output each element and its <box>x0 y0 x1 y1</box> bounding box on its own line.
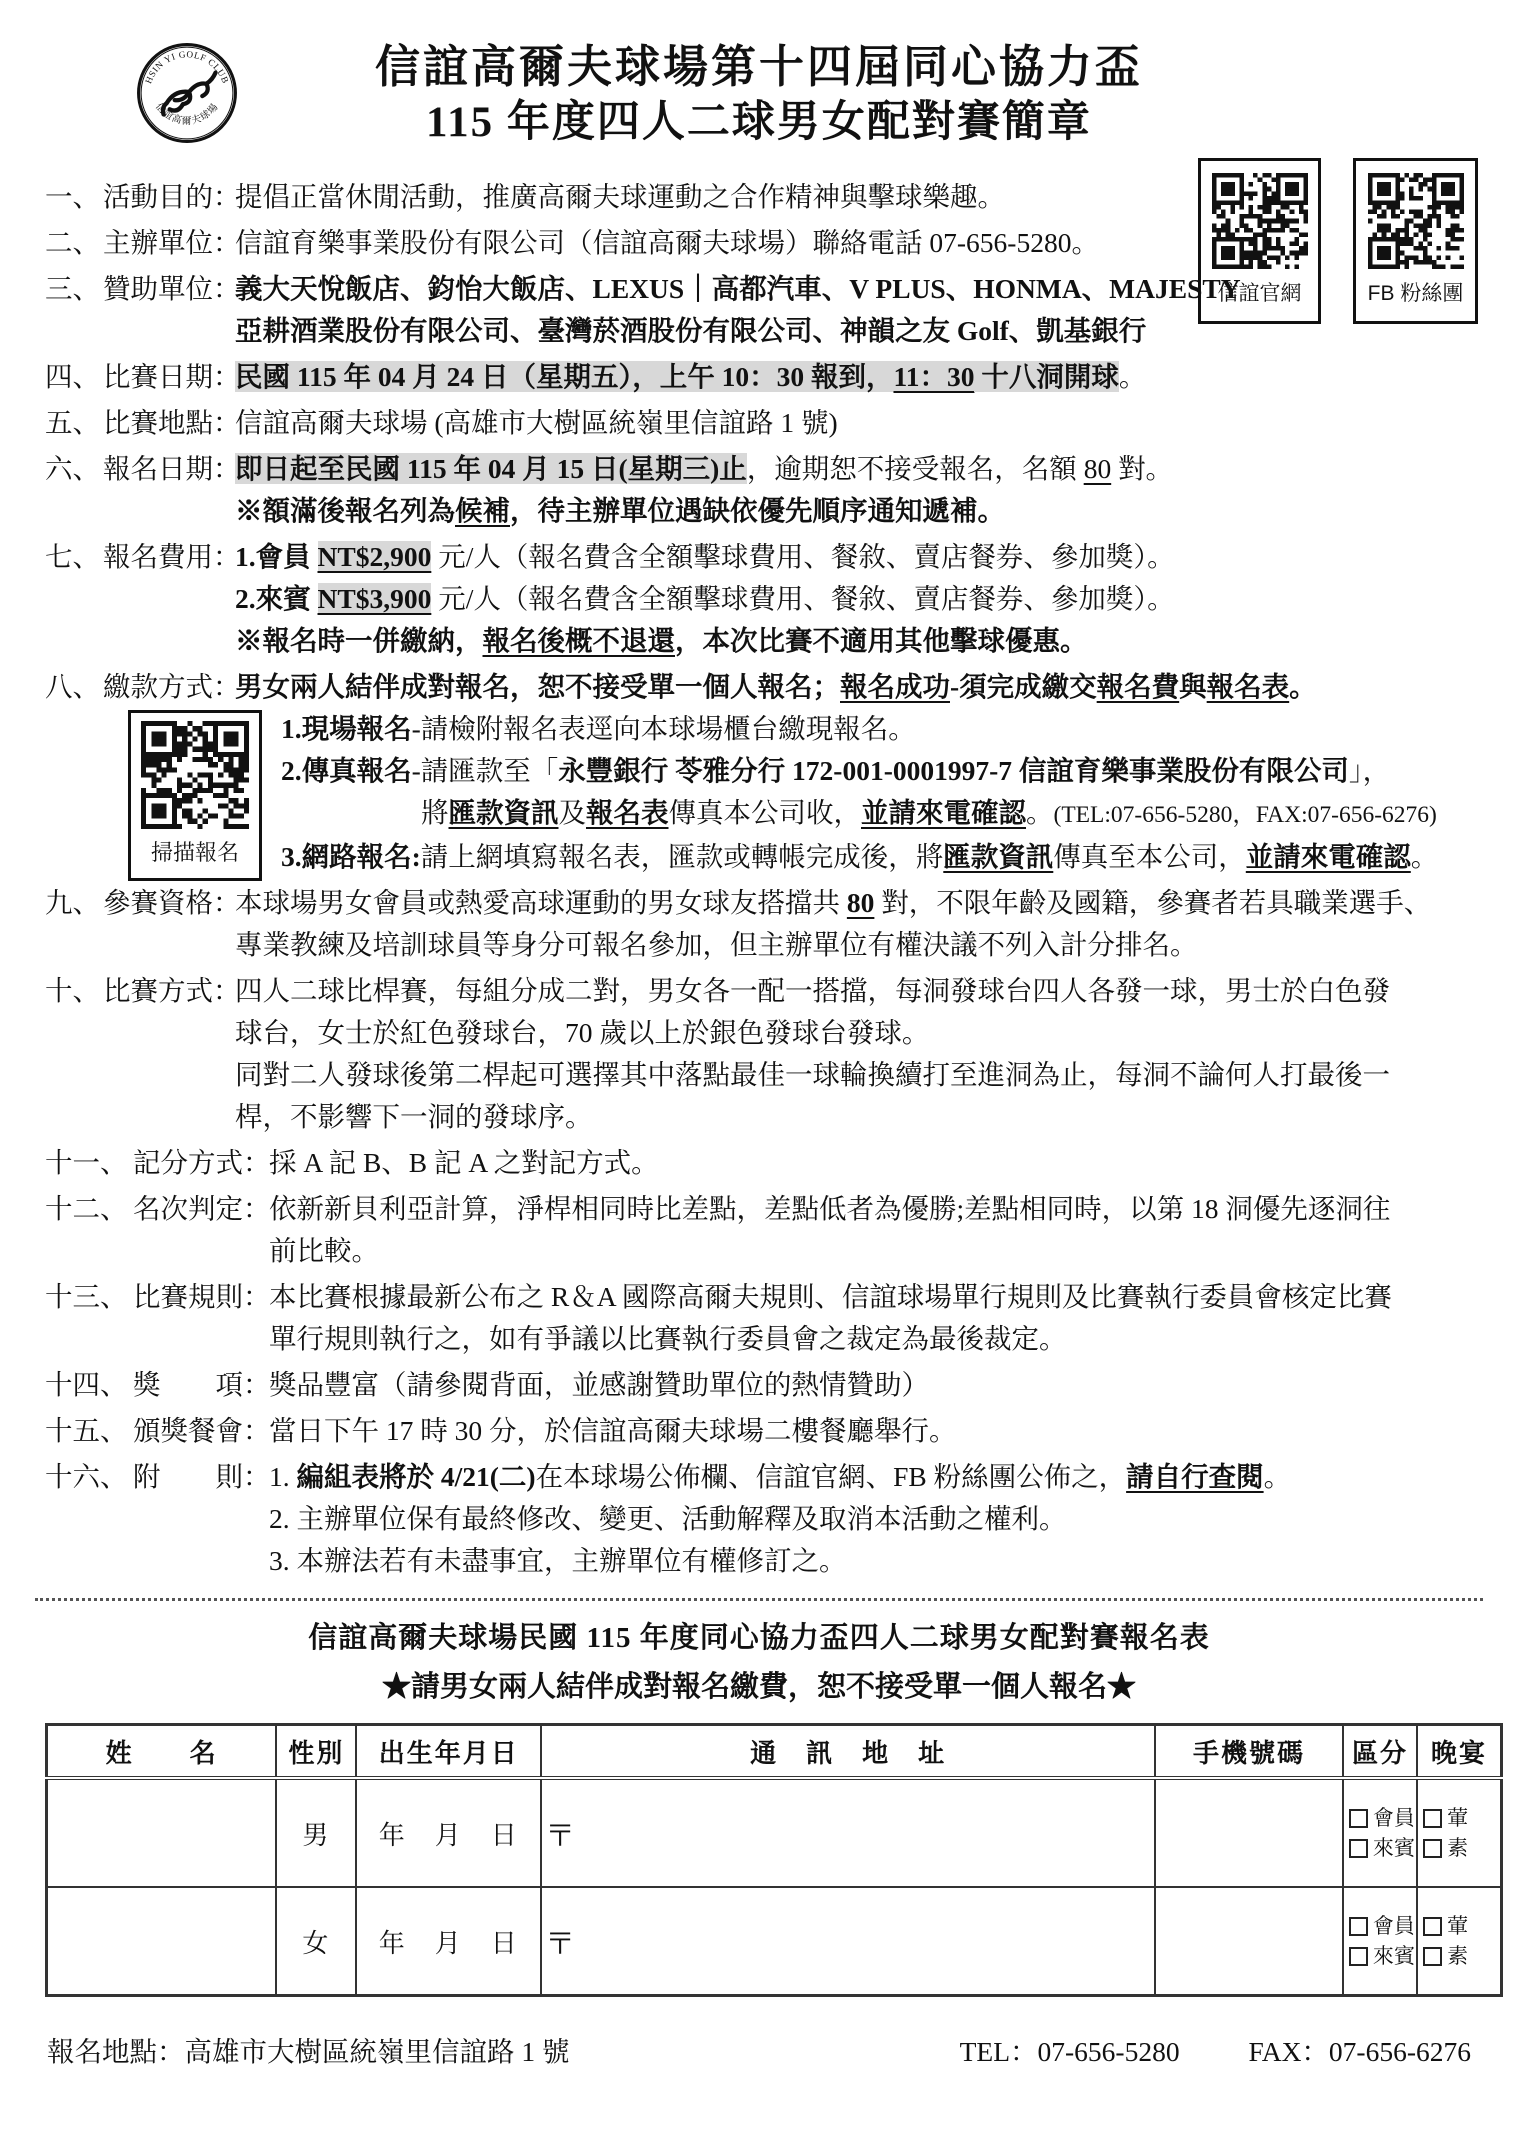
table-row: 男年 月 日〒會員來賓葷素 <box>47 1778 1502 1887</box>
text-run: 四人二球比桿賽，每組分成二對，男女各一配一搭擋，每洞發球台四人各發一球，男士於白… <box>235 975 1390 1006</box>
text-run: 1.現場報名 <box>281 713 412 744</box>
text-line: 義大天悅飯店、鈞怡大飯店、LEXUS｜高都汽車、V PLUS、HONMA、MAJ… <box>235 268 1473 310</box>
item-numlab: 九、參賽資格： <box>45 882 241 924</box>
text-line: 3.網路報名:請上網填寫報名表，匯款或轉帳完成後，將匯款資訊傳真至本公司，並請來… <box>281 836 1473 878</box>
text-run: 80 <box>1084 453 1112 484</box>
checkbox-label: 葷 <box>1447 1803 1468 1833</box>
item-number: 七、 <box>45 536 103 578</box>
list-item: 三、贊助單位：義大天悅飯店、鈞怡大飯店、LEXUS｜高都汽車、V PLUS、HO… <box>45 268 1473 352</box>
text-line: 亞耕酒業股份有限公司、臺灣菸酒股份有限公司、神韻之友 Golf、凱基銀行 <box>235 310 1473 352</box>
item-label: 繳款方式： <box>103 671 241 702</box>
checkbox-option: 來賓 <box>1344 1941 1416 1971</box>
text-run: 即日起至民國 115 年 04 月 15 日(星期三)止 <box>235 453 747 484</box>
text-run: 當日下午 17 時 30 分，於信誼高爾夫球場二樓餐廳舉行。 <box>269 1415 957 1446</box>
item-label: 參賽資格： <box>103 887 241 918</box>
contact-numbers: TEL：07-656-5280 FAX：07-656-6276 <box>960 2029 1471 2069</box>
item-number: 四、 <box>45 356 103 398</box>
text-line: 採 A 記 B、B 記 A 之對記方式。 <box>269 1142 1473 1184</box>
text-run: 傳真至本公司， <box>1053 841 1246 872</box>
text-run: 報名成功 <box>840 671 950 702</box>
item-label: 報名費用： <box>103 541 241 572</box>
text-line: 當日下午 17 時 30 分，於信誼高爾夫球場二樓餐廳舉行。 <box>269 1410 1473 1452</box>
text-line: 1.會員 NT$2,900 元/人（報名費含全額擊球費用、餐敘、賣店餐券、參加獎… <box>235 536 1473 578</box>
text-run: 2. 主辦單位保有最終修改、變更、活動解釋及取消本活動之權利。 <box>269 1503 1067 1534</box>
text-run: 前比較。 <box>269 1235 379 1266</box>
text-run: ，本次比賽不適用其他擊球優惠。 <box>675 625 1088 656</box>
table-header-cell: 通 訊 地 址 <box>541 1725 1155 1779</box>
registration-location: 報名地點：高雄市大樹區統嶺里信誼路 1 號 <box>47 2029 570 2069</box>
text-run: 十八洞開球 <box>974 361 1118 392</box>
text-run: 對，不限年齡及國籍，參賽者若具職業選手、 <box>874 887 1431 918</box>
text-line: 信誼高爾夫球場 (高雄市大樹區統嶺里信誼路 1 號) <box>235 402 1473 444</box>
cell-address: 〒 <box>541 1778 1155 1887</box>
tel-number: TEL：07-656-5280 <box>960 2036 1180 2067</box>
text-line: 桿，不影響下一洞的發球序。 <box>235 1096 1473 1138</box>
cell-phone <box>1155 1887 1343 1996</box>
text-run: 同對二人發球後第二桿起可選擇其中落點最佳一球輪換續打至進洞為止，每洞不論何人打最… <box>235 1059 1390 1090</box>
item-numlab: 十、比賽方式： <box>45 970 241 1012</box>
item-number: 一、 <box>45 176 103 218</box>
items-list: 一、活動目的：提倡正當休閒活動，推廣高爾夫球運動之合作精神與擊球樂趣。二、主辦單… <box>45 176 1473 1582</box>
cell-gender: 女 <box>276 1887 356 1996</box>
text-line: 民國 115 年 04 月 24 日（星期五），上午 10：30 報到，11：3… <box>235 356 1473 398</box>
checkbox-icon <box>1423 1809 1442 1828</box>
list-item: 五、比賽地點：信誼高爾夫球場 (高雄市大樹區統嶺里信誼路 1 號) <box>45 402 1473 444</box>
text-run: 。 <box>1026 797 1054 828</box>
text-run: 傳真本公司收， <box>669 797 862 828</box>
postal-mark-icon: 〒 <box>542 1820 575 1853</box>
list-item: 十一、記分方式：採 A 記 B、B 記 A 之對記方式。 <box>45 1142 1473 1184</box>
item-label: 記分方式： <box>133 1147 271 1178</box>
table-header-cell: 姓 名 <box>47 1725 277 1779</box>
text-run: 2.來賓 <box>235 583 318 614</box>
text-line: 即日起至民國 115 年 04 月 15 日(星期三)止，逾期恕不接受報名，名額… <box>235 448 1473 490</box>
text-run: 信誼高爾夫球場 (高雄市大樹區統嶺里信誼路 1 號) <box>235 407 838 438</box>
text-run: 將 <box>421 797 449 828</box>
table-body: 男年 月 日〒會員來賓葷素女年 月 日〒會員來賓葷素 <box>47 1778 1502 1996</box>
text-run: -請檢附報名表逕向本球場櫃台繳現報名。 <box>412 713 916 744</box>
list-item: 十五、頒獎餐會：當日下午 17 時 30 分，於信誼高爾夫球場二樓餐廳舉行。 <box>45 1410 1473 1452</box>
item-number: 十三、 <box>45 1276 133 1318</box>
item-number: 八、 <box>45 666 103 708</box>
cell-birthdate: 年 月 日 <box>356 1887 541 1996</box>
text-run: 提倡正當休閒活動，推廣高爾夫球運動之合作精神與擊球樂趣。 <box>235 181 1005 212</box>
item-label: 贊助單位： <box>103 273 241 304</box>
text-run: 匯款資訊 <box>449 797 559 828</box>
text-run: ，待主辦單位遇缺依優先順序通知遞補。 <box>510 495 1005 526</box>
checkbox-option: 葷 <box>1418 1803 1500 1833</box>
text-run: 本比賽根據最新公布之 R＆A 國際高爾夫規則、信誼球場單行規則及比賽執行委員會核… <box>269 1281 1392 1312</box>
text-run: 依新新貝利亞計算，淨桿相同時比差點，差點低者為優勝;差點相同時，以第 18 洞優… <box>269 1193 1390 1224</box>
text-run: 與 <box>1179 671 1207 702</box>
table-header-cell: 手機號碼 <box>1155 1725 1343 1779</box>
item-numlab: 十三、比賽規則： <box>45 1276 271 1318</box>
item-numlab: 十六、附 則： <box>45 1456 271 1498</box>
text-line: 本比賽根據最新公布之 R＆A 國際高爾夫規則、信誼球場單行規則及比賽執行委員會核… <box>269 1276 1473 1318</box>
text-line: 專業教練及培訓球員等身分可報名參加，但主辦單位有權決議不列入計分排名。 <box>235 924 1473 966</box>
text-run: 民國 115 年 04 月 24 日（星期五），上午 10：30 報到， <box>235 361 893 392</box>
text-run: 球台，女士於紅色發球台，70 歲以上於銀色發球台發球。 <box>235 1017 929 1048</box>
table-header-cell: 區分 <box>1343 1725 1417 1779</box>
list-item: 十六、附 則：1. 編組表將於 4/21(二)在本球場公佈欄、信誼官網、FB 粉… <box>45 1456 1473 1582</box>
text-run: -須完成繳交 <box>950 671 1097 702</box>
item-number: 九、 <box>45 882 103 924</box>
text-run: 80 <box>847 887 875 918</box>
text-run: 2.傳真報名 <box>281 755 412 786</box>
item-numlab: 七、報名費用： <box>45 536 241 578</box>
text-run: 匯款資訊 <box>943 841 1053 872</box>
item-number: 十五、 <box>45 1410 133 1452</box>
item-numlab: 十四、獎 項： <box>45 1364 271 1406</box>
text-run: 候補 <box>455 495 510 526</box>
checkbox-label: 素 <box>1447 1941 1468 1971</box>
text-run: 元/人（報名費含全額擊球費用、餐敘、賣店餐券、參加獎）。 <box>431 541 1174 572</box>
text-line: 提倡正當休閒活動，推廣高爾夫球運動之合作精神與擊球樂趣。 <box>235 176 1473 218</box>
item-label: 附 則： <box>133 1461 271 1492</box>
item-number: 三、 <box>45 268 103 310</box>
text-run: 報名後概不退還 <box>483 625 676 656</box>
item-numlab: 三、贊助單位： <box>45 268 241 310</box>
cell-gender: 男 <box>276 1778 356 1887</box>
cell-category: 會員來賓 <box>1343 1778 1417 1887</box>
item-label: 比賽方式： <box>103 975 241 1006</box>
text-line: 本球場男女會員或熱愛高球運動的男女球友搭擋共 80 對，不限年齡及國籍，參賽者若… <box>235 882 1473 924</box>
text-run: 信誼育樂事業股份有限公司（信誼高爾夫球場）聯絡電話 07-656-5280。 <box>235 227 1099 258</box>
text-run: 報名費 <box>1097 671 1180 702</box>
text-run: 1.會員 <box>235 541 318 572</box>
table-header: 姓 名性別出生年月日通 訊 地 址手機號碼區分晚宴 <box>47 1725 1502 1779</box>
cell-dinner: 葷素 <box>1417 1778 1501 1887</box>
fax-number: FAX：07-656-6276 <box>1248 2036 1471 2067</box>
text-run: 並請來電確認 <box>861 797 1026 828</box>
checkbox-icon <box>1349 1917 1368 1936</box>
text-line: 1.現場報名-請檢附報名表逕向本球場櫃台繳現報名。 <box>281 708 1473 750</box>
checkbox-label: 葷 <box>1447 1911 1468 1941</box>
horse-logo-icon: HSIN YI GOLF CLUB 信誼高爾夫球場 <box>136 42 238 144</box>
text-run: ，逾期恕不接受報名，名額 <box>747 453 1084 484</box>
list-item: 十、比賽方式：四人二球比桿賽，每組分成二對，男女各一配一搭擋，每洞發球台四人各發… <box>45 970 1473 1138</box>
text-run: 獎品豐富（請參閱背面，並感謝贊助單位的熱情贊助） <box>269 1369 929 1400</box>
text-run: 編組表將於 4/21(二) <box>297 1461 536 1492</box>
checkbox-icon <box>1423 1947 1442 1966</box>
text-run: 。 <box>1264 1461 1292 1492</box>
text-run: 請上網填寫報名表，匯款或轉帳完成後，將 <box>421 841 944 872</box>
text-run: 本球場男女會員或熱愛高球運動的男女球友搭擋共 <box>235 887 847 918</box>
text-line: 前比較。 <box>269 1230 1473 1272</box>
text-run: 義大天悅飯店、鈞怡大飯店、LEXUS｜高都汽車、V PLUS、HONMA、MAJ… <box>235 273 1241 304</box>
text-run: 並請來電確認 <box>1246 841 1411 872</box>
text-run: 專業教練及培訓球員等身分可報名參加，但主辦單位有權決議不列入計分排名。 <box>235 929 1198 960</box>
text-line: 四人二球比桿賽，每組分成二對，男女各一配一搭擋，每洞發球台四人各發一球，男士於白… <box>235 970 1473 1012</box>
text-run: 11：30 <box>893 361 974 392</box>
text-run: 報名表 <box>586 797 669 828</box>
text-line: ※報名時一併繳納，報名後概不退還，本次比賽不適用其他擊球優惠。 <box>235 620 1473 662</box>
cell-address: 〒 <box>541 1887 1155 1996</box>
item-label: 比賽規則： <box>133 1281 271 1312</box>
text-run: 。 <box>1289 671 1317 702</box>
text-run: NT$3,900 <box>318 583 432 614</box>
document-page: HSIN YI GOLF CLUB 信誼高爾夫球場 信誼高爾夫球場第十四屆同心協… <box>0 0 1518 2069</box>
checkbox-icon <box>1349 1809 1368 1828</box>
text-run: 1. <box>269 1461 297 1492</box>
text-run: -請匯款至「 <box>412 755 559 786</box>
text-line: 球台，女士於紅色發球台，70 歲以上於銀色發球台發球。 <box>235 1012 1473 1054</box>
checkbox-label: 會員 <box>1373 1803 1415 1833</box>
text-run: ※報名時一併繳納， <box>235 625 483 656</box>
postal-mark-icon: 〒 <box>542 1928 575 1961</box>
table-header-cell: 出生年月日 <box>356 1725 541 1779</box>
list-item: 一、活動目的：提倡正當休閒活動，推廣高爾夫球運動之合作精神與擊球樂趣。 <box>45 176 1473 218</box>
form-note: ★請男女兩人結伴成對報名繳費，恕不接受單一個人報名★ <box>45 1667 1473 1708</box>
checkbox-label: 會員 <box>1373 1911 1415 1941</box>
checkbox-option: 來賓 <box>1344 1833 1416 1863</box>
text-line: ※額滿後報名列為候補，待主辦單位遇缺依優先順序通知遞補。 <box>235 490 1473 532</box>
table-row: 女年 月 日〒會員來賓葷素 <box>47 1887 1502 1996</box>
text-run: 。 <box>1411 841 1439 872</box>
text-line: 2. 主辦單位保有最終修改、變更、活動解釋及取消本活動之權利。 <box>269 1498 1473 1540</box>
page-subtitle: 115 年度四人二球男女配對賽簡章 <box>45 96 1473 150</box>
item-label: 報名日期： <box>103 453 241 484</box>
checkbox-label: 素 <box>1447 1833 1468 1863</box>
item-number: 十四、 <box>45 1364 133 1406</box>
item-numlab: 五、比賽地點： <box>45 402 241 444</box>
text-run: 單行規則執行之，如有爭議以比賽執行委員會之裁定為最後裁定。 <box>269 1323 1067 1354</box>
item-number: 二、 <box>45 222 103 264</box>
item-numlab: 一、活動目的： <box>45 176 241 218</box>
qr-code-scan-register <box>141 721 249 829</box>
text-run: 亞耕酒業股份有限公司、臺灣菸酒股份有限公司、神韻之友 Golf、凱基銀行 <box>235 315 1146 346</box>
list-item: 七、報名費用：1.會員 NT$2,900 元/人（報名費含全額擊球費用、餐敘、賣… <box>45 536 1473 662</box>
form-title: 信誼高爾夫球場民國 115 年度同心協力盃四人二球男女配對賽報名表 <box>45 1617 1473 1659</box>
text-run: (TEL:07-656-5280，FAX:07-656-6276) <box>1054 802 1437 828</box>
item-numlab: 四、比賽日期： <box>45 356 241 398</box>
item-numlab: 十一、記分方式： <box>45 1142 271 1184</box>
list-item: 十四、獎 項：獎品豐富（請參閱背面，並感謝贊助單位的熱情贊助） <box>45 1364 1473 1406</box>
item-numlab: 十五、頒獎餐會： <box>45 1410 271 1452</box>
item-label: 頒獎餐會： <box>133 1415 271 1446</box>
list-item: 二、主辦單位：信誼育樂事業股份有限公司（信誼高爾夫球場）聯絡電話 07-656-… <box>45 222 1473 264</box>
item-numlab: 二、主辦單位： <box>45 222 241 264</box>
item-label: 活動目的： <box>103 181 241 212</box>
cell-dinner: 葷素 <box>1417 1887 1501 1996</box>
item-number: 五、 <box>45 402 103 444</box>
checkbox-label: 來賓 <box>1373 1941 1415 1971</box>
cell-birthdate: 年 月 日 <box>356 1778 541 1887</box>
checkbox-option: 素 <box>1418 1833 1500 1863</box>
checkbox-option: 會員 <box>1344 1911 1416 1941</box>
club-logo: HSIN YI GOLF CLUB 信誼高爾夫球場 <box>136 42 238 144</box>
text-run: 桿，不影響下一洞的發球序。 <box>235 1101 593 1132</box>
checkbox-option: 素 <box>1418 1941 1500 1971</box>
item-label: 主辦單位： <box>103 227 241 258</box>
text-run: 男女兩人結伴成對報名，恕不接受單一個人報名； <box>235 671 840 702</box>
text-line: 依新新貝利亞計算，淨桿相同時比差點，差點低者為優勝;差點相同時，以第 18 洞優… <box>269 1188 1473 1230</box>
item-number: 十、 <box>45 970 103 1012</box>
table-header-cell: 性別 <box>276 1725 356 1779</box>
checkbox-option: 葷 <box>1418 1911 1500 1941</box>
item-number: 十六、 <box>45 1456 133 1498</box>
text-run: 請自行查閱 <box>1126 1461 1264 1492</box>
registration-table: 姓 名性別出生年月日通 訊 地 址手機號碼區分晚宴 男年 月 日〒會員來賓葷素女… <box>45 1723 1503 1997</box>
page-title: 信誼高爾夫球場第十四屆同心協力盃 <box>45 40 1473 94</box>
list-item: 六、報名日期：即日起至民國 115 年 04 月 15 日(星期三)止，逾期恕不… <box>45 448 1473 532</box>
item-label: 比賽日期： <box>103 361 241 392</box>
checkbox-icon <box>1349 1947 1368 1966</box>
cell-name <box>47 1778 277 1887</box>
page-footer: 報名地點：高雄市大樹區統嶺里信誼路 1 號 TEL：07-656-5280 FA… <box>45 2029 1473 2069</box>
text-run: 永豐銀行 苓雅分行 172-001-0001997-7 信誼育樂事業股份有限公司 <box>558 755 1349 786</box>
list-item: 四、比賽日期：民國 115 年 04 月 24 日（星期五），上午 10：30 … <box>45 356 1473 398</box>
text-run: 及 <box>559 797 587 828</box>
text-run: 3. 本辦法若有未盡事宜，主辦單位有權修訂之。 <box>269 1545 847 1576</box>
table-header-row: 姓 名性別出生年月日通 訊 地 址手機號碼區分晚宴 <box>47 1725 1502 1779</box>
checkbox-icon <box>1423 1839 1442 1858</box>
text-run: ※額滿後報名列為 <box>235 495 455 526</box>
text-run: 在本球場公佈欄、信誼官網、FB 粉絲團公佈之， <box>536 1461 1127 1492</box>
cell-phone <box>1155 1778 1343 1887</box>
list-item: 八、繳款方式：男女兩人結伴成對報名，恕不接受單一個人報名；報名成功-須完成繳交報… <box>45 666 1473 878</box>
checkbox-label: 來賓 <box>1373 1833 1415 1863</box>
checkbox-option: 會員 <box>1344 1803 1416 1833</box>
text-line: 將匯款資訊及報名表傳真本公司收，並請來電確認。(TEL:07-656-5280，… <box>421 792 1473 836</box>
item-label: 名次判定： <box>133 1193 271 1224</box>
text-line: 3. 本辦法若有未盡事宜，主辦單位有權修訂之。 <box>269 1540 1473 1582</box>
item-label: 比賽地點： <box>103 407 241 438</box>
qr-box-scan-register: 掃描報名 <box>128 710 262 881</box>
text-run: 對。 <box>1111 453 1173 484</box>
text-line: 2.傳真報名-請匯款至「永豐銀行 苓雅分行 172-001-0001997-7 … <box>281 750 1473 792</box>
text-run: 。 <box>1119 361 1147 392</box>
item-number: 六、 <box>45 448 103 490</box>
dotted-cut-line <box>35 1598 1483 1601</box>
list-item: 十二、名次判定：依新新貝利亞計算，淨桿相同時比差點，差點低者為優勝;差點相同時，… <box>45 1188 1473 1272</box>
text-run: 報名表 <box>1207 671 1290 702</box>
cell-name <box>47 1887 277 1996</box>
text-line: 獎品豐富（請參閱背面，並感謝贊助單位的熱情贊助） <box>269 1364 1473 1406</box>
item-numlab: 六、報名日期： <box>45 448 241 490</box>
text-line: 2.來賓 NT$3,900 元/人（報名費含全額擊球費用、餐敘、賣店餐券、參加獎… <box>235 578 1473 620</box>
checkbox-icon <box>1423 1917 1442 1936</box>
item-label: 獎 項： <box>133 1369 271 1400</box>
table-header-cell: 晚宴 <box>1417 1725 1501 1779</box>
text-line: 男女兩人結伴成對報名，恕不接受單一個人報名；報名成功-須完成繳交報名費與報名表。 <box>235 666 1473 708</box>
text-line: 1. 編組表將於 4/21(二)在本球場公佈欄、信誼官網、FB 粉絲團公佈之，請… <box>269 1456 1473 1498</box>
text-line: 單行規則執行之，如有爭議以比賽執行委員會之裁定為最後裁定。 <box>269 1318 1473 1360</box>
list-item: 九、參賽資格：本球場男女會員或熱愛高球運動的男女球友搭擋共 80 對，不限年齡及… <box>45 882 1473 966</box>
item-numlab: 八、繳款方式： <box>45 666 241 708</box>
text-run: NT$2,900 <box>318 541 432 572</box>
qr-label-scan-register: 掃描報名 <box>151 832 239 874</box>
item-numlab: 十二、名次判定： <box>45 1188 271 1230</box>
text-run: 」， <box>1349 755 1390 786</box>
list-item: 十三、比賽規則：本比賽根據最新公布之 R＆A 國際高爾夫規則、信誼球場單行規則及… <box>45 1276 1473 1360</box>
text-run: 3.網路報名: <box>281 841 421 872</box>
text-line: 同對二人發球後第二桿起可選擇其中落點最佳一球輪換續打至進洞為止，每洞不論何人打最… <box>235 1054 1473 1096</box>
item-number: 十二、 <box>45 1188 133 1230</box>
item-number: 十一、 <box>45 1142 133 1184</box>
text-run: 採 A 記 B、B 記 A 之對記方式。 <box>269 1147 659 1178</box>
text-run: 元/人（報名費含全額擊球費用、餐敘、賣店餐券、參加獎）。 <box>431 583 1174 614</box>
cell-category: 會員來賓 <box>1343 1887 1417 1996</box>
text-line: 信誼育樂事業股份有限公司（信誼高爾夫球場）聯絡電話 07-656-5280。 <box>235 222 1473 264</box>
document-header: 信誼高爾夫球場第十四屆同心協力盃 115 年度四人二球男女配對賽簡章 <box>45 40 1473 150</box>
checkbox-icon <box>1349 1839 1368 1858</box>
